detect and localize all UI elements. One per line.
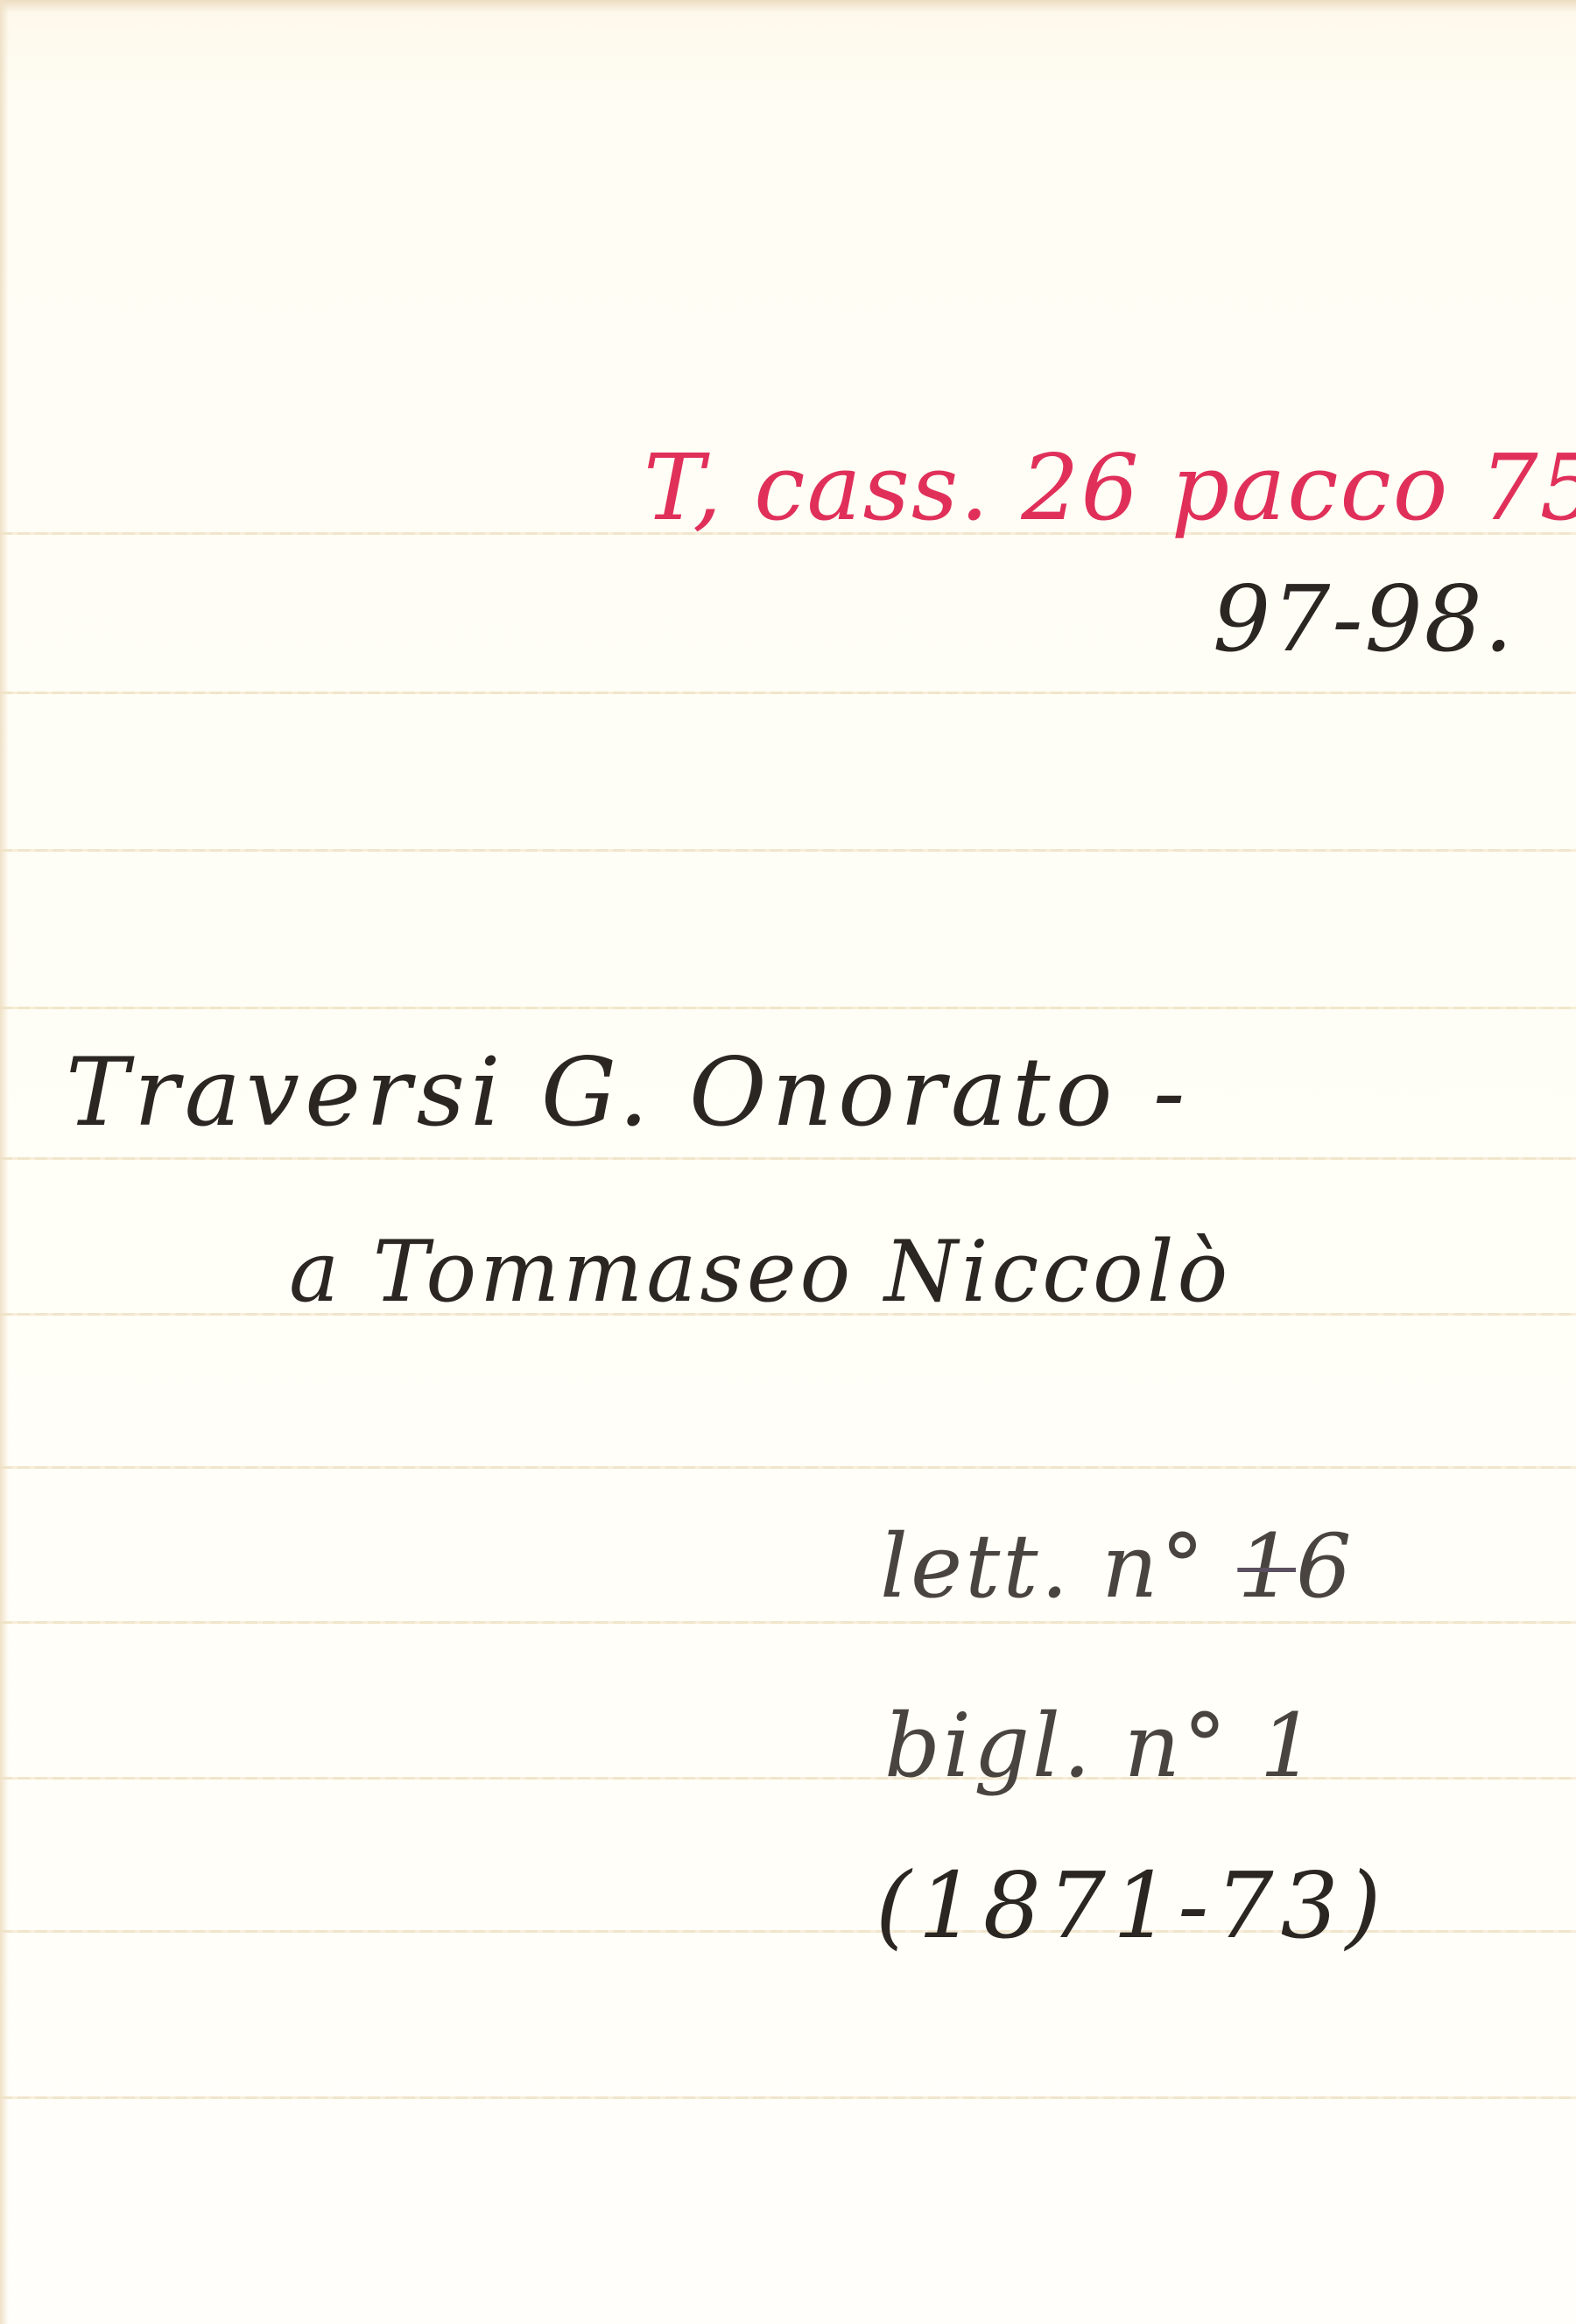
ruled-line [0, 2096, 1576, 2099]
letters-struck-value: 1 [1237, 1515, 1296, 1618]
index-card: T, cass. 26 pacco 75. 97-98. Traversi G.… [0, 0, 1576, 2324]
ruled-line [0, 1621, 1576, 1624]
ruled-line [0, 1466, 1576, 1469]
notes-label: bigl. n° [884, 1695, 1229, 1797]
ruled-line [0, 1777, 1576, 1780]
card-top-edge [0, 0, 1576, 12]
date-range: (1871-73) [876, 1860, 1388, 1951]
ruled-line [0, 1157, 1576, 1160]
card-left-edge [0, 0, 9, 2324]
shelfmark-text: T, cass. 26 pacco 75. [644, 442, 1576, 533]
recipient-name: a Tommaseo Niccolò [289, 1230, 1231, 1314]
letters-count: lett. n° 16 [880, 1523, 1354, 1611]
correspondent-name: Traversi G. Onorato - [66, 1046, 1190, 1141]
notes-value: 1 [1260, 1695, 1319, 1797]
folio-range-text: 97-98. [1213, 573, 1515, 664]
notes-count: bigl. n° 1 [884, 1703, 1318, 1790]
ruled-line [0, 692, 1576, 694]
ruled-line [0, 1007, 1576, 1009]
letters-value: 6 [1296, 1515, 1354, 1618]
letters-label: lett. n° [880, 1515, 1207, 1618]
ruled-line [0, 849, 1576, 852]
